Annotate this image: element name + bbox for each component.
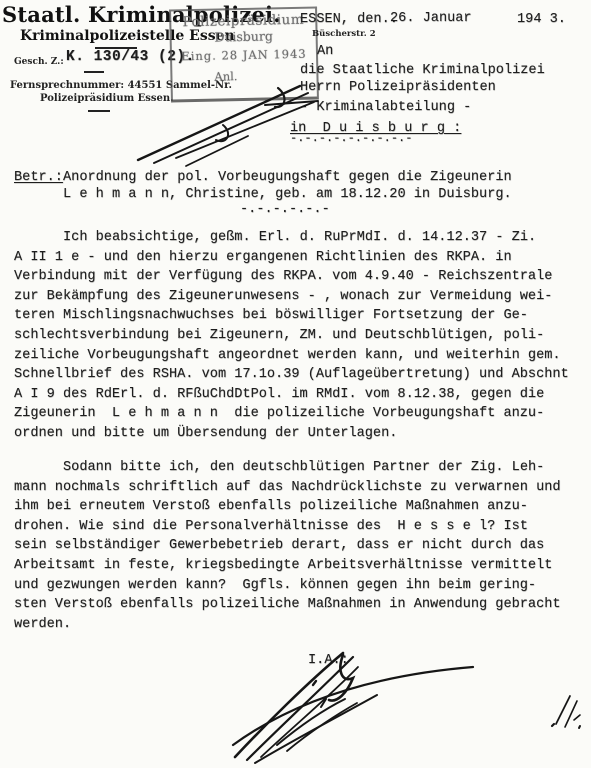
body-line: A II 1 e - und den hierzu ergangenen Ric… (14, 248, 569, 268)
address-prefix: An (317, 44, 333, 59)
handwritten-signature (225, 645, 480, 765)
body-paragraph-1: Ich beabsichtige, geßm. Erl. d. RuPrMdI.… (14, 228, 569, 444)
address-recipient: die Staatliche Kriminalpolizei (300, 63, 545, 78)
address-person: Herrn Polizeipräsidenten (300, 80, 496, 95)
body-line: schlechtsverbindung bei Zigeunern, ZM. u… (14, 326, 569, 346)
body-line: Ich beabsichtige, geßm. Erl. d. RuPrMdI.… (14, 228, 569, 248)
body-line: drohen. Wie sind die Personalverhältniss… (14, 517, 561, 537)
dateline-date: 26. Januar (390, 11, 472, 26)
body-paragraph-2: Sodann bitte ich, den deutschblütigen Pa… (14, 458, 561, 634)
body-line: zeiliche Vorbeugungshaft angeordnet werd… (14, 346, 569, 366)
stamp-city: Duisburg (171, 27, 315, 45)
body-line: zur Bekämpfung des Zigeunerunwesens - , … (14, 287, 569, 307)
dateline-place: ESSEN, den.. (300, 12, 398, 27)
reference-label: Gesch. Z.: (14, 57, 64, 67)
corner-mark (546, 684, 586, 736)
body-line: Sodann bitte ich, den deutschblütigen Pa… (14, 458, 561, 478)
dateline-street: Büscherstr. 2 (312, 29, 376, 39)
subject-label: Betr.: (14, 170, 63, 185)
body-line: Verbindung mit der Verfügung des RKPA. v… (14, 267, 569, 287)
body-line: Arbeitsamt in feste, kriegsbedingte Arbe… (14, 556, 561, 576)
letterhead-dash (88, 110, 110, 112)
dateline-year: 194 3. (517, 12, 566, 27)
subject-line-1: Anordnung der pol. Vorbeugungshaft gegen… (63, 170, 512, 185)
body-line: mann nochmals schriftlich auf das Nachdr… (14, 478, 561, 498)
scanned-letter-page: Staatl. Kriminalpolizei. Kriminalpolizei… (0, 0, 591, 768)
body-line: und gezwungen werden kann? Ggfls. können… (14, 576, 561, 596)
stamp-authority: Polizeipräsidium (171, 12, 315, 31)
handwritten-strikethrough (128, 80, 326, 168)
body-line: ihm bei erneutem Verstoß ebenfalls poliz… (14, 497, 561, 517)
body-line: sein selbständiger Gewerbebetrieb derart… (14, 536, 561, 556)
body-line: sten Verstoß ebenfalls polizeiliche Maßn… (14, 595, 561, 615)
section-separator: -.-.-.-.-.- (240, 202, 330, 217)
reference-dash (84, 71, 104, 73)
body-line: Schnellbrief des RSHA. vom 17.1o.39 (Auf… (14, 365, 569, 385)
subject-line-2: L e h m a n n, Christine, geb. am 18.12.… (63, 187, 512, 202)
body-line: werden. (14, 615, 561, 635)
body-line: ordnen und bitte um Übersendung der Unte… (14, 424, 569, 444)
body-line: A I 9 des RdErl. d. RFßuChdDtPol. im RMd… (14, 385, 569, 405)
body-line: Zigeunerin L e h m a n n die polizeilich… (14, 404, 569, 424)
body-line: teren Mischlingsnachwuchses bei böswilli… (14, 306, 569, 326)
reference-overline (95, 47, 137, 49)
stamp-received-date: Eing. 28 JAN 1943 (172, 46, 316, 63)
